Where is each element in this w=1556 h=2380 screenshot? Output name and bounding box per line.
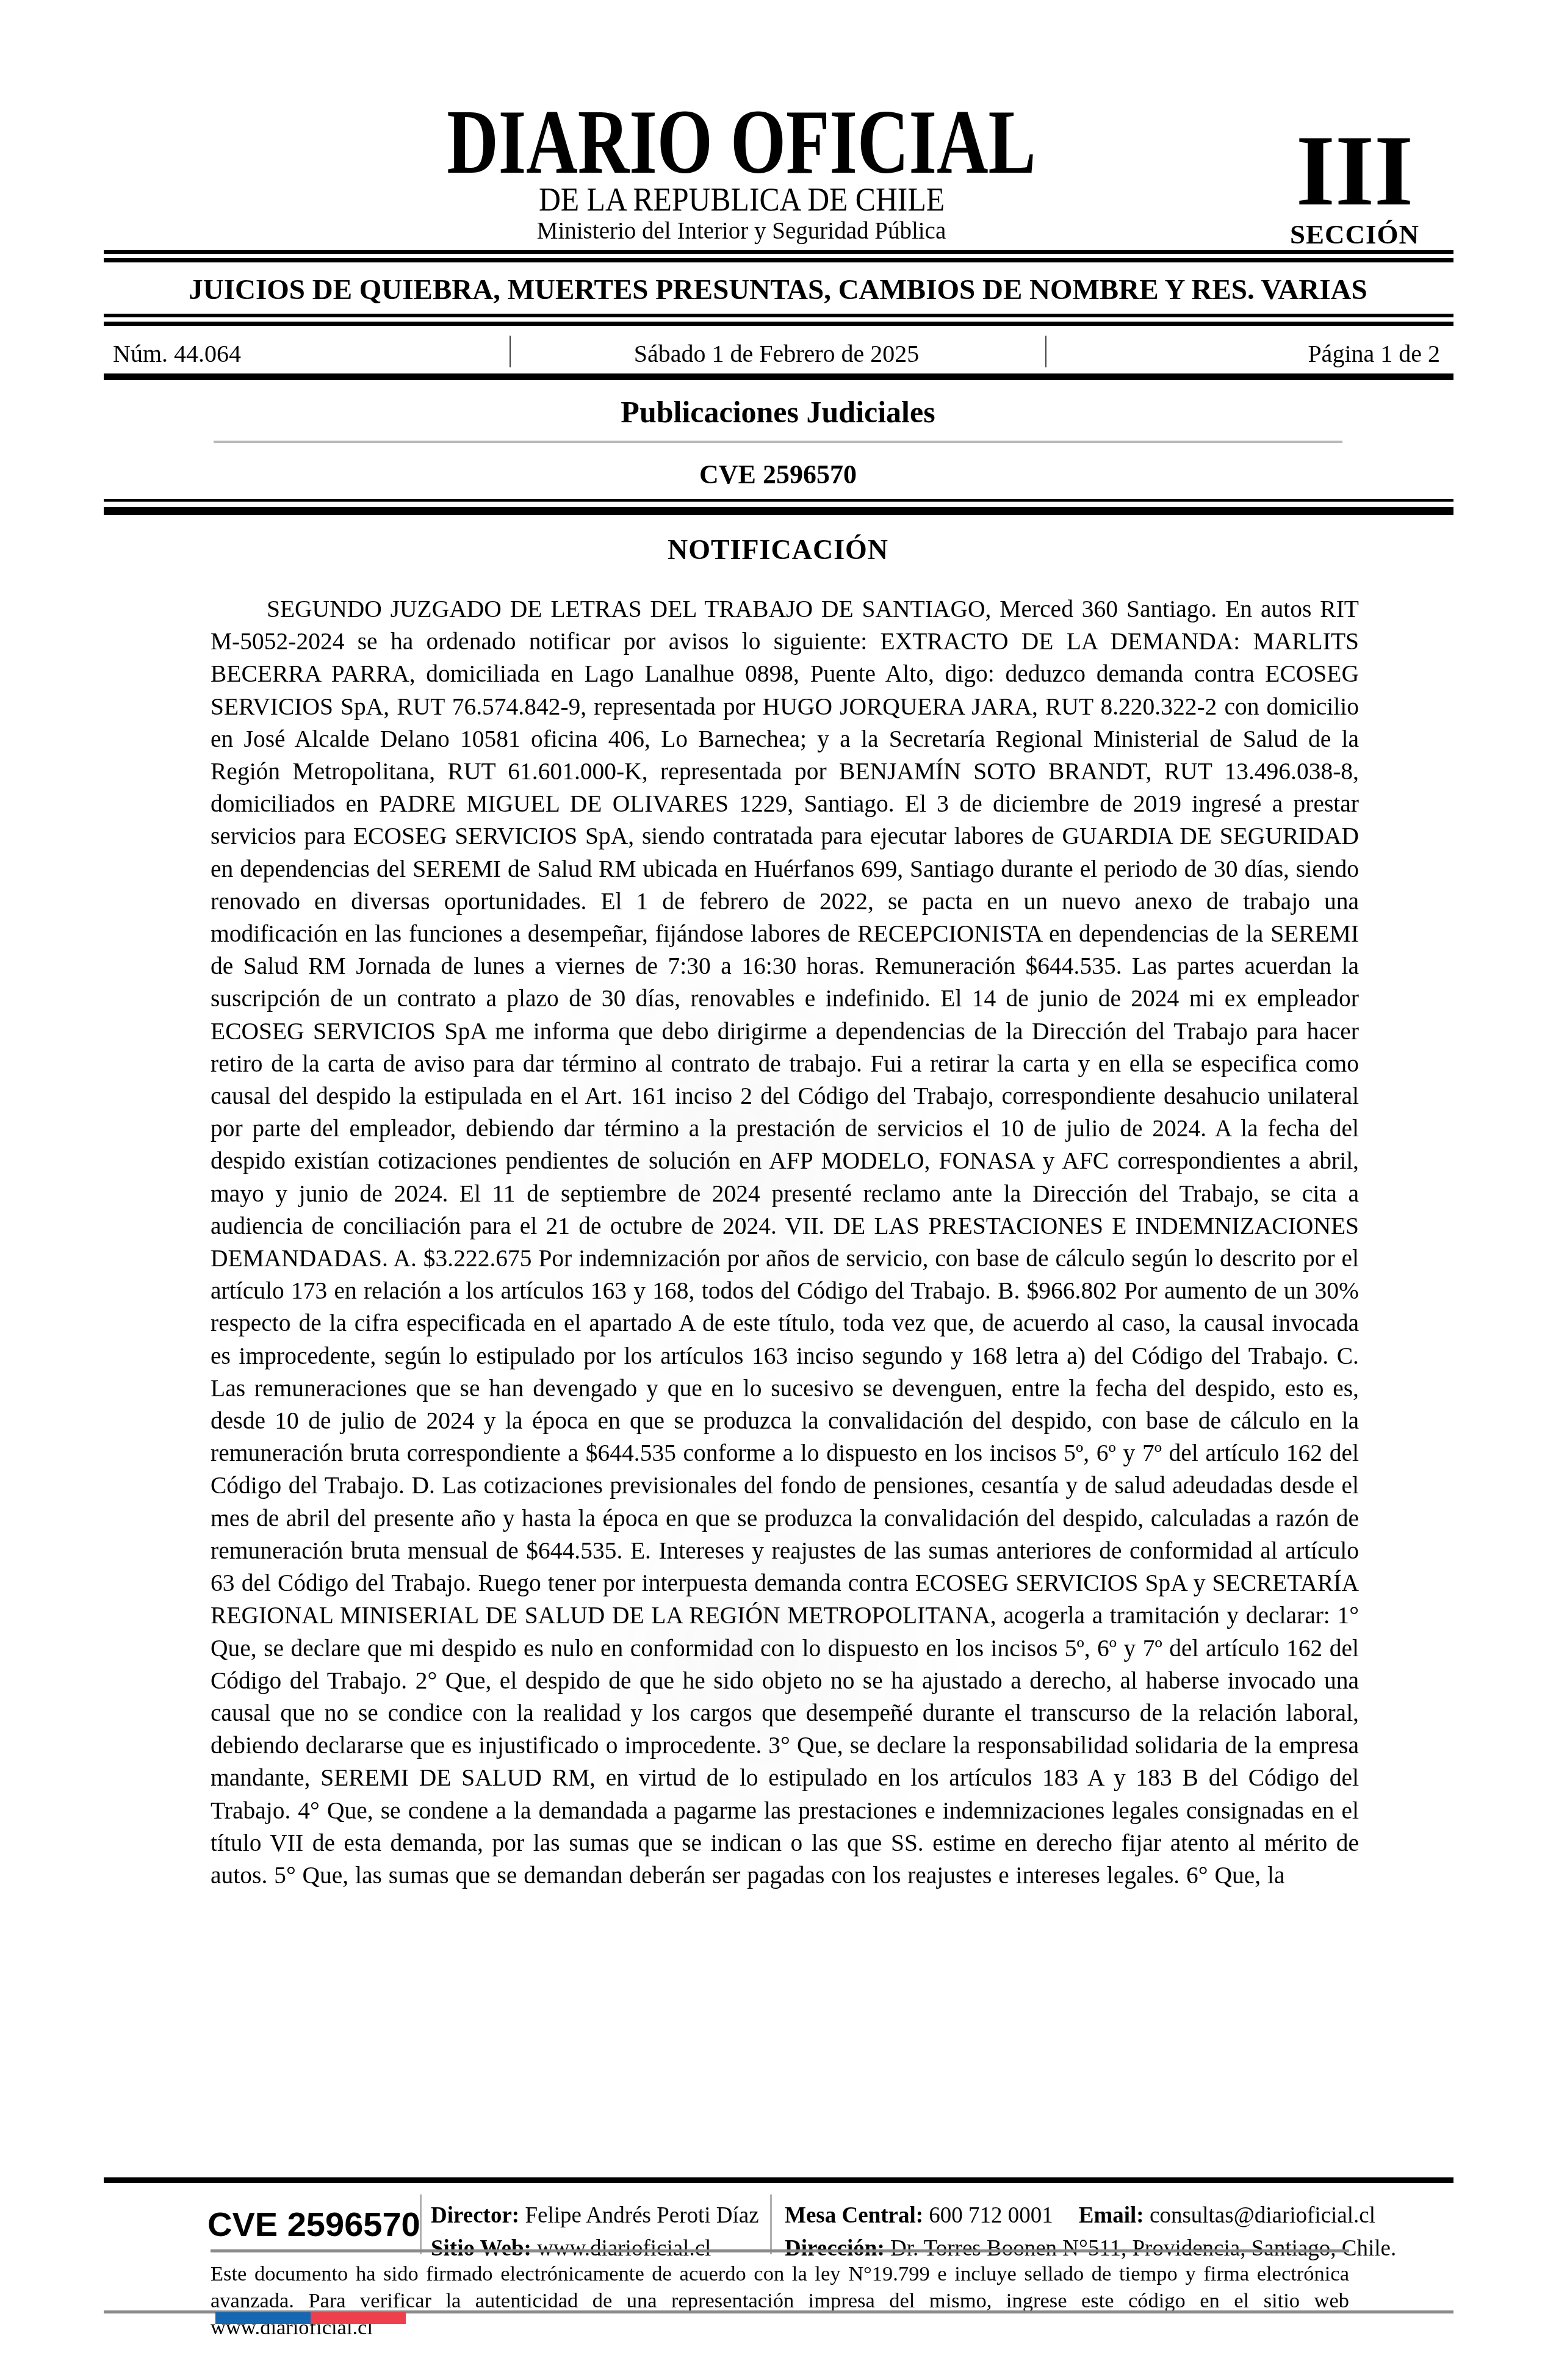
- issue-page: Página 1 de 2: [1308, 339, 1440, 368]
- rule-category-gray: [214, 441, 1342, 443]
- notice-type: NOTIFICACIÓN: [0, 533, 1556, 566]
- rule-notice-thin: [104, 499, 1453, 502]
- masthead-title-text: DIARIO OFICIAL: [447, 96, 1036, 188]
- flag-blue-block: [215, 2312, 311, 2324]
- flag-red-block: [311, 2312, 406, 2324]
- director-name: Felipe Andrés Peroti Díaz: [525, 2203, 758, 2228]
- section-box: III SECCIÓN: [1278, 128, 1431, 249]
- issue-separator: [1045, 336, 1046, 367]
- section-banner: JUICIOS DE QUIEBRA, MUERTES PRESUNTAS, C…: [79, 273, 1477, 306]
- rule-top-thick: [104, 258, 1453, 262]
- rule-issue-thick: [104, 373, 1453, 380]
- rule-legal-top-gray: [211, 2249, 1349, 2252]
- section-label: SECCIÓN: [1278, 220, 1431, 249]
- footer-cve: CVE 2596570: [207, 2204, 420, 2244]
- address-value: Dr. Torres Boonen N°511, Providencia, Sa…: [890, 2236, 1396, 2261]
- address-label: Dirección:: [785, 2236, 885, 2261]
- rule-banner-thin: [104, 314, 1453, 317]
- email-label: Email:: [1079, 2203, 1144, 2228]
- masthead-title: DIARIO OFICIAL: [0, 96, 1483, 188]
- section-roman-numeral: III: [1278, 128, 1431, 214]
- website-label: Sitio Web:: [431, 2236, 531, 2261]
- footer-director-line: Director: Felipe Andrés Peroti Díaz: [431, 2199, 759, 2232]
- issue-date: Sábado 1 de Febrero de 2025: [113, 339, 1440, 368]
- issue-separator: [510, 336, 511, 367]
- footer-contact-block: Mesa Central: 600 712 0001Email: consult…: [785, 2199, 1396, 2265]
- footer-separator: [420, 2194, 422, 2254]
- website-url[interactable]: www.diarioficial.cl: [537, 2236, 711, 2261]
- rule-footer-thick: [104, 2177, 1453, 2183]
- masthead-subtitle-text: DE LA REPUBLICA DE CHILE: [538, 183, 944, 216]
- notice-body-text: SEGUNDO JUZGADO DE LETRAS DEL TRABAJO DE…: [211, 593, 1359, 1892]
- footer-director-block: Director: Felipe Andrés Peroti Díaz Siti…: [431, 2199, 759, 2265]
- chile-flag-mark: [215, 2312, 406, 2324]
- masthead-subtitle: DE LA REPUBLICA DE CHILE: [0, 183, 1483, 216]
- rule-banner-thick: [104, 322, 1453, 326]
- phone-number: 600 712 0001: [929, 2203, 1053, 2228]
- rule-top-thin: [104, 250, 1453, 254]
- email-address[interactable]: consultas@diarioficial.cl: [1150, 2203, 1375, 2228]
- phone-label: Mesa Central:: [785, 2203, 923, 2228]
- footer-separator: [770, 2194, 772, 2254]
- director-label: Director:: [431, 2203, 519, 2228]
- document-page: DIARIO OFICIAL DE LA REPUBLICA DE CHILE …: [0, 0, 1556, 2380]
- footer-phone-email-line: Mesa Central: 600 712 0001Email: consult…: [785, 2199, 1396, 2232]
- masthead-ministry: Ministerio del Interior y Seguridad Públ…: [0, 218, 1483, 244]
- legal-disclaimer: Este documento ha sido firmado electróni…: [211, 2260, 1349, 2341]
- publication-category: Publicaciones Judiciales: [0, 394, 1556, 430]
- rule-notice-thick: [104, 507, 1453, 515]
- publication-cve: CVE 2596570: [0, 459, 1556, 490]
